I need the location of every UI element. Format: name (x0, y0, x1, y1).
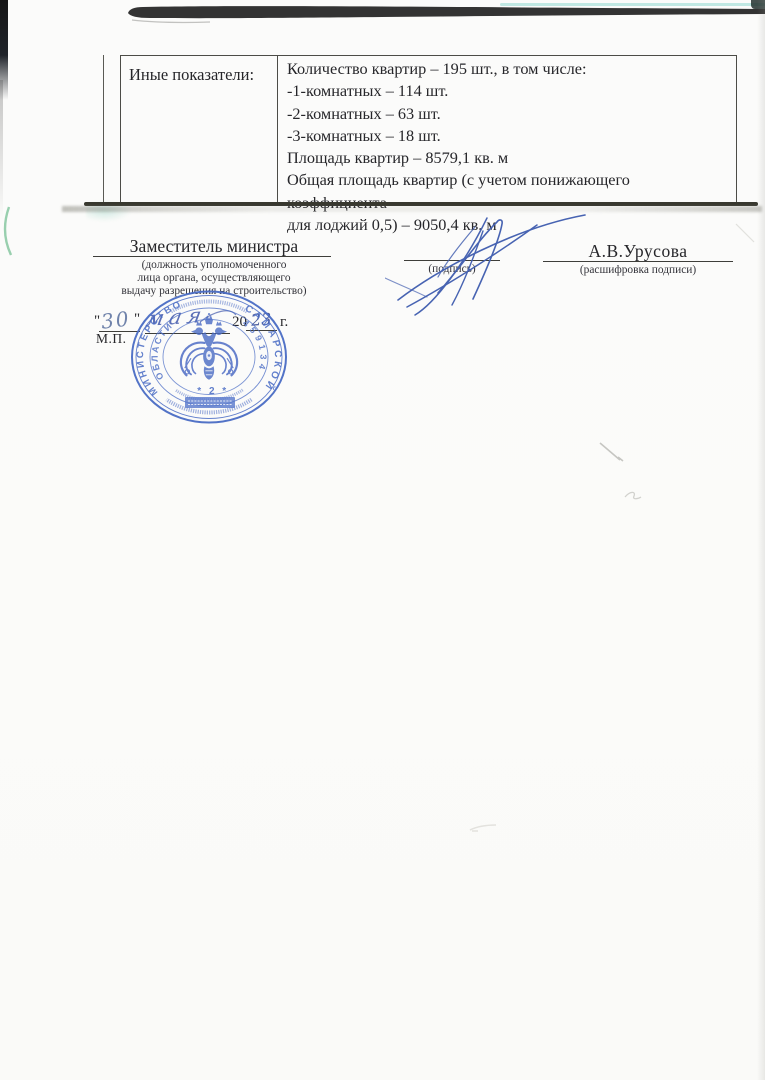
pencil-mark-2 (622, 488, 644, 502)
position-caption-line: (должность уполномоченного (95, 259, 333, 272)
table-line: Количество квартир – 195 шт., в том числ… (287, 58, 730, 80)
green-ink-smudge (0, 205, 18, 260)
scan-left-shade (0, 80, 3, 220)
quote-open: " (94, 313, 100, 330)
pencil-mark-1 (594, 440, 630, 466)
table-line: -2-комнатных – 63 шт. (287, 103, 730, 125)
official-round-stamp: МИНИСТЕРСТВО САМАРСКОЙ ОБЛАСТИ 459134 (125, 284, 295, 432)
seal-place-abbr: М.П. (96, 331, 127, 347)
table-line: -1-комнатных – 114 шт. (287, 80, 730, 102)
table-line: Площадь квартир – 8579,1 кв. м (287, 147, 730, 169)
table-cell-label: Иные показатели: (121, 56, 278, 203)
pencil-mark-4 (732, 220, 758, 246)
stamp-number-box (185, 397, 235, 408)
scan-right-shade (757, 0, 765, 1080)
table-outer-border-line (103, 55, 104, 204)
indicators-table: Иные показатели: Количество квартир – 19… (120, 55, 737, 204)
position-title: Заместитель министра (95, 236, 333, 257)
table-line: -3-комнатных – 18 шт. (287, 125, 730, 147)
handwritten-signature-ink (385, 193, 600, 323)
position-underline (93, 256, 331, 257)
table-cell-content: Количество квартир – 195 шт., в том числ… (278, 56, 736, 203)
scanned-document-page: Иные показатели: Количество квартир – 19… (0, 0, 765, 1080)
scan-teal-fringe (500, 3, 765, 6)
pencil-mark-3 (466, 820, 500, 836)
stamp-center-number: * 2 * (197, 386, 228, 397)
